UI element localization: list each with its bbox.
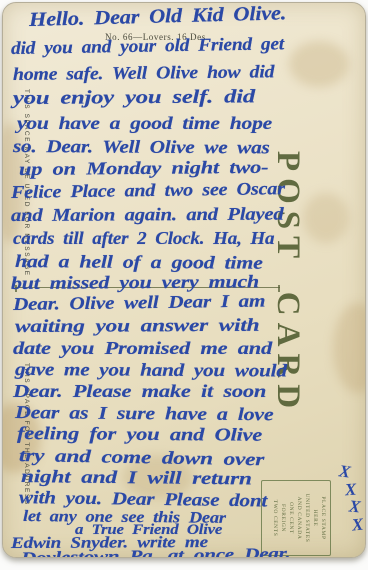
handwritten-line: date you Promised me and	[13, 338, 272, 359]
handwritten-line: you have a good time hope	[17, 113, 272, 134]
stamp-box-line: UNITED STATES	[303, 483, 311, 553]
handwritten-line: Hello. Dear Old Kid Olive.	[29, 2, 287, 32]
handwritten-line: gave me you hand you would	[15, 359, 287, 381]
handwritten-line: home safe. Well Olive how did	[13, 61, 274, 85]
stamp-box-line: TWO CENTS	[271, 483, 279, 553]
handwritten-line: Dear. Please make it soon	[13, 381, 266, 402]
handwritten-line: and Marion again. and Played	[11, 204, 284, 226]
handwritten-line: Felice Place and two see Oscar	[11, 178, 285, 203]
stamp-box-line: AND CANADA	[295, 483, 303, 553]
stamp-box-line: ONE CENT	[287, 483, 295, 553]
handwritten-line: did you and your old Friend get	[11, 33, 284, 59]
paper-stain	[333, 303, 366, 393]
stamp-box-line: HERE	[311, 483, 319, 553]
handwritten-line: night and I will return	[21, 466, 252, 489]
stamp-box-line: FOREIGN	[279, 483, 287, 553]
postcard-scan: No. 66—Lovers. 16 Des. POST CARD THIS SP…	[2, 2, 366, 558]
handwritten-line: up on Monday night two-	[19, 157, 268, 180]
kiss-x-mark: X	[351, 514, 364, 535]
handwritten-line: so. Dear. Well Olive we was	[13, 136, 270, 158]
divider-end-tick	[278, 285, 280, 292]
handwritten-line: waiting you answer with	[15, 315, 259, 337]
handwritten-line: feeling for you and Olive	[17, 423, 262, 446]
paper-stain	[289, 41, 349, 87]
handwritten-line: cards till after 2 Clock. Ha, Ha	[13, 228, 274, 249]
paper-stain	[303, 193, 349, 243]
handwritten-line: you enjoy you self. did	[13, 86, 255, 110]
stamp-box-text: PLACE STAMP HERE UNITED STATES AND CANAD…	[271, 483, 327, 553]
stamp-box-line: PLACE STAMP	[319, 483, 327, 553]
handwritten-line: Dear as I sure have a love	[15, 402, 274, 425]
handwritten-line: Dear. Olive well Dear I am	[13, 290, 266, 315]
handwritten-line: had a hell of a good time	[15, 251, 263, 274]
